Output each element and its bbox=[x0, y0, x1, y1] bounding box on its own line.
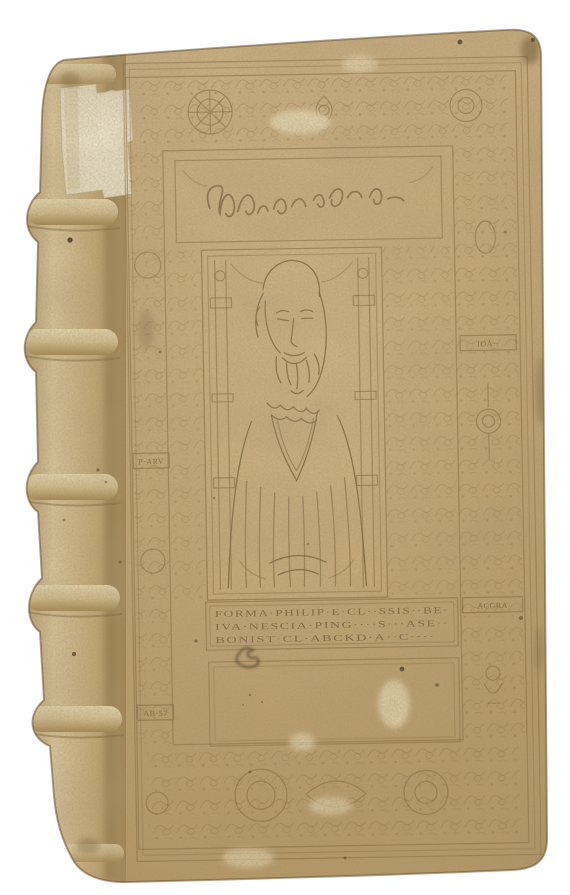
book: P·ARV AB·57 IOA·· ACGRA bbox=[0, 0, 570, 895]
leather-grain-texture bbox=[0, 0, 570, 895]
book-photo: P·ARV AB·57 IOA·· ACGRA bbox=[0, 0, 570, 895]
photo-stage: P·ARV AB·57 IOA·· ACGRA bbox=[0, 0, 570, 895]
wear-and-stains bbox=[0, 0, 570, 895]
